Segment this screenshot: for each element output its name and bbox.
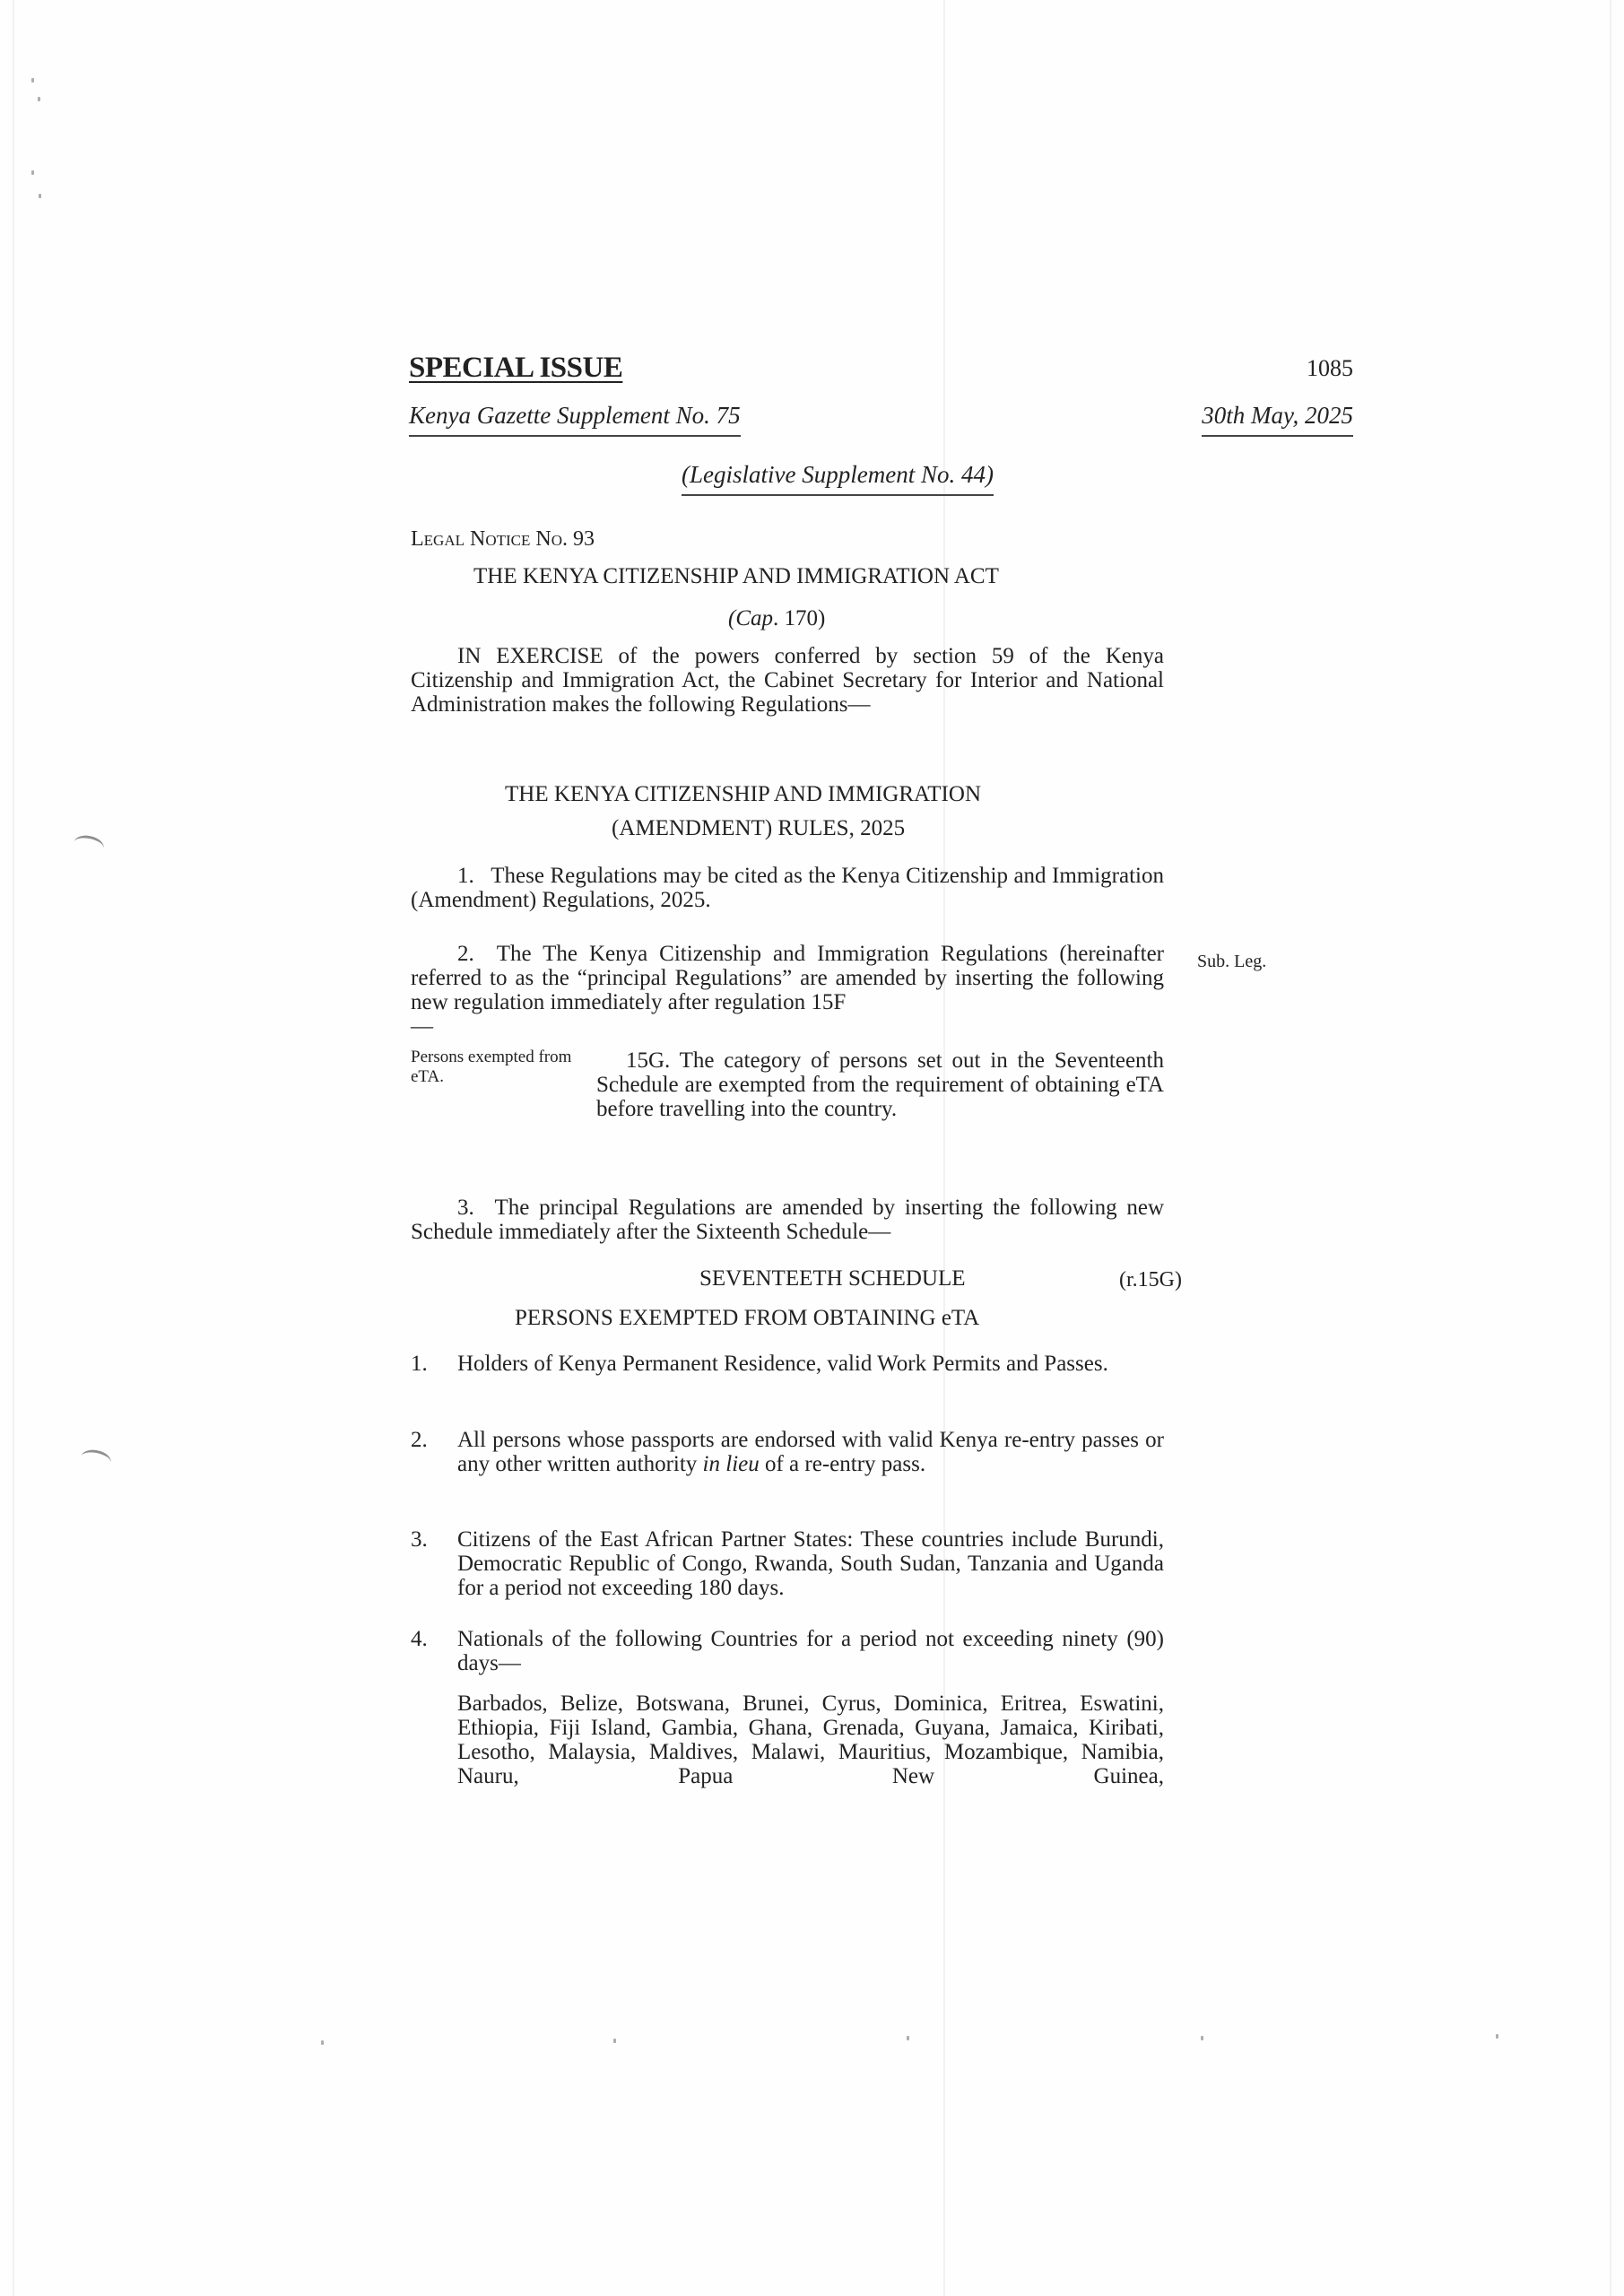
schedule-reference: (r.15G): [1119, 1268, 1182, 1292]
enacting-paragraph: IN EXERCISE of the powers conferred by s…: [411, 644, 1164, 717]
margin-note-persons-exempted: Persons exempted from eTA.: [411, 1048, 572, 1087]
cap-suffix: . 170): [773, 606, 825, 631]
scan-dot: [31, 170, 34, 175]
scan-edge-line-left: [13, 0, 14, 2296]
section-2-dash: —: [411, 1014, 1164, 1039]
item-number: 2.: [411, 1428, 447, 1452]
special-issue-heading: SPECIAL ISSUE: [409, 352, 622, 385]
item-text: Holders of Kenya Permanent Residence, va…: [457, 1352, 1164, 1376]
section-3-amendment: 3. The principal Regulations are amended…: [411, 1196, 1164, 1244]
rules-title-line-1: THE KENYA CITIZENSHIP AND IMMIGRATION: [505, 782, 981, 807]
item-text: All persons whose passports are endorsed…: [457, 1428, 1164, 1476]
regulation-15g: 15G. The category of persons set out in …: [596, 1048, 1164, 1121]
item-number: 1.: [411, 1352, 447, 1376]
rules-title-line-2: (AMENDMENT) RULES, 2025: [612, 816, 905, 841]
scan-dot: [321, 2040, 324, 2045]
scan-dot: [31, 78, 34, 83]
gazette-date: 30th May, 2025: [1202, 402, 1353, 437]
scan-edge-line: [1610, 0, 1611, 2296]
act-title: THE KENYA CITIZENSHIP AND IMMIGRATION AC…: [473, 564, 999, 589]
scan-dot: [38, 97, 40, 101]
section-2-amendment: 2. The The Kenya Citizenship and Immigra…: [411, 942, 1164, 1039]
scan-dot: [39, 194, 41, 198]
scan-dot: [613, 2039, 616, 2043]
section-2-text: 2. The The Kenya Citizenship and Immigra…: [411, 942, 1164, 1014]
legislative-supplement-number: (Legislative Supplement No. 44): [682, 461, 994, 496]
item-text: Citizens of the East African Partner Sta…: [457, 1527, 1164, 1600]
item-text-italic: in lieu: [703, 1452, 760, 1476]
item-number: 4.: [411, 1627, 447, 1651]
legal-notice-number: Legal Notice No. 93: [411, 527, 595, 552]
scan-mark: [79, 1448, 113, 1473]
schedule-item: 4. Nationals of the following Countries …: [411, 1627, 1164, 1675]
scan-dot: [907, 2036, 909, 2040]
schedule-item: 1. Holders of Kenya Permanent Residence,…: [411, 1352, 1164, 1376]
scan-fold-line: [943, 0, 945, 2296]
scan-dot: [1201, 2036, 1203, 2040]
cap-reference: (Cap. 170): [728, 606, 825, 631]
cap-prefix: (Cap: [728, 606, 773, 631]
scan-dot: [1496, 2034, 1498, 2039]
exempt-country-list: Barbados, Belize, Botswana, Brunei, Cyru…: [457, 1692, 1164, 1788]
section-1-citation: 1. These Regulations may be cited as the…: [411, 864, 1164, 912]
page-number: 1085: [1307, 355, 1353, 382]
schedule-item: 2. All persons whose passports are endor…: [411, 1428, 1164, 1476]
item-number: 3.: [411, 1527, 447, 1552]
item-text-part: of a re-entry pass.: [760, 1452, 925, 1476]
margin-note-sub-leg: Sub. Leg.: [1197, 952, 1266, 972]
item-text: Nationals of the following Countries for…: [457, 1627, 1164, 1675]
gazette-supplement-number: Kenya Gazette Supplement No. 75: [409, 402, 741, 437]
schedule-item: 3. Citizens of the East African Partner …: [411, 1527, 1164, 1600]
gazette-page: SPECIAL ISSUE 1085 Kenya Gazette Supplem…: [0, 0, 1624, 2296]
scan-mark: [72, 833, 106, 858]
schedule-subtitle: PERSONS EXEMPTED FROM OBTAINING eTA: [515, 1306, 979, 1331]
schedule-title: SEVENTEETH SCHEDULE: [699, 1266, 966, 1291]
